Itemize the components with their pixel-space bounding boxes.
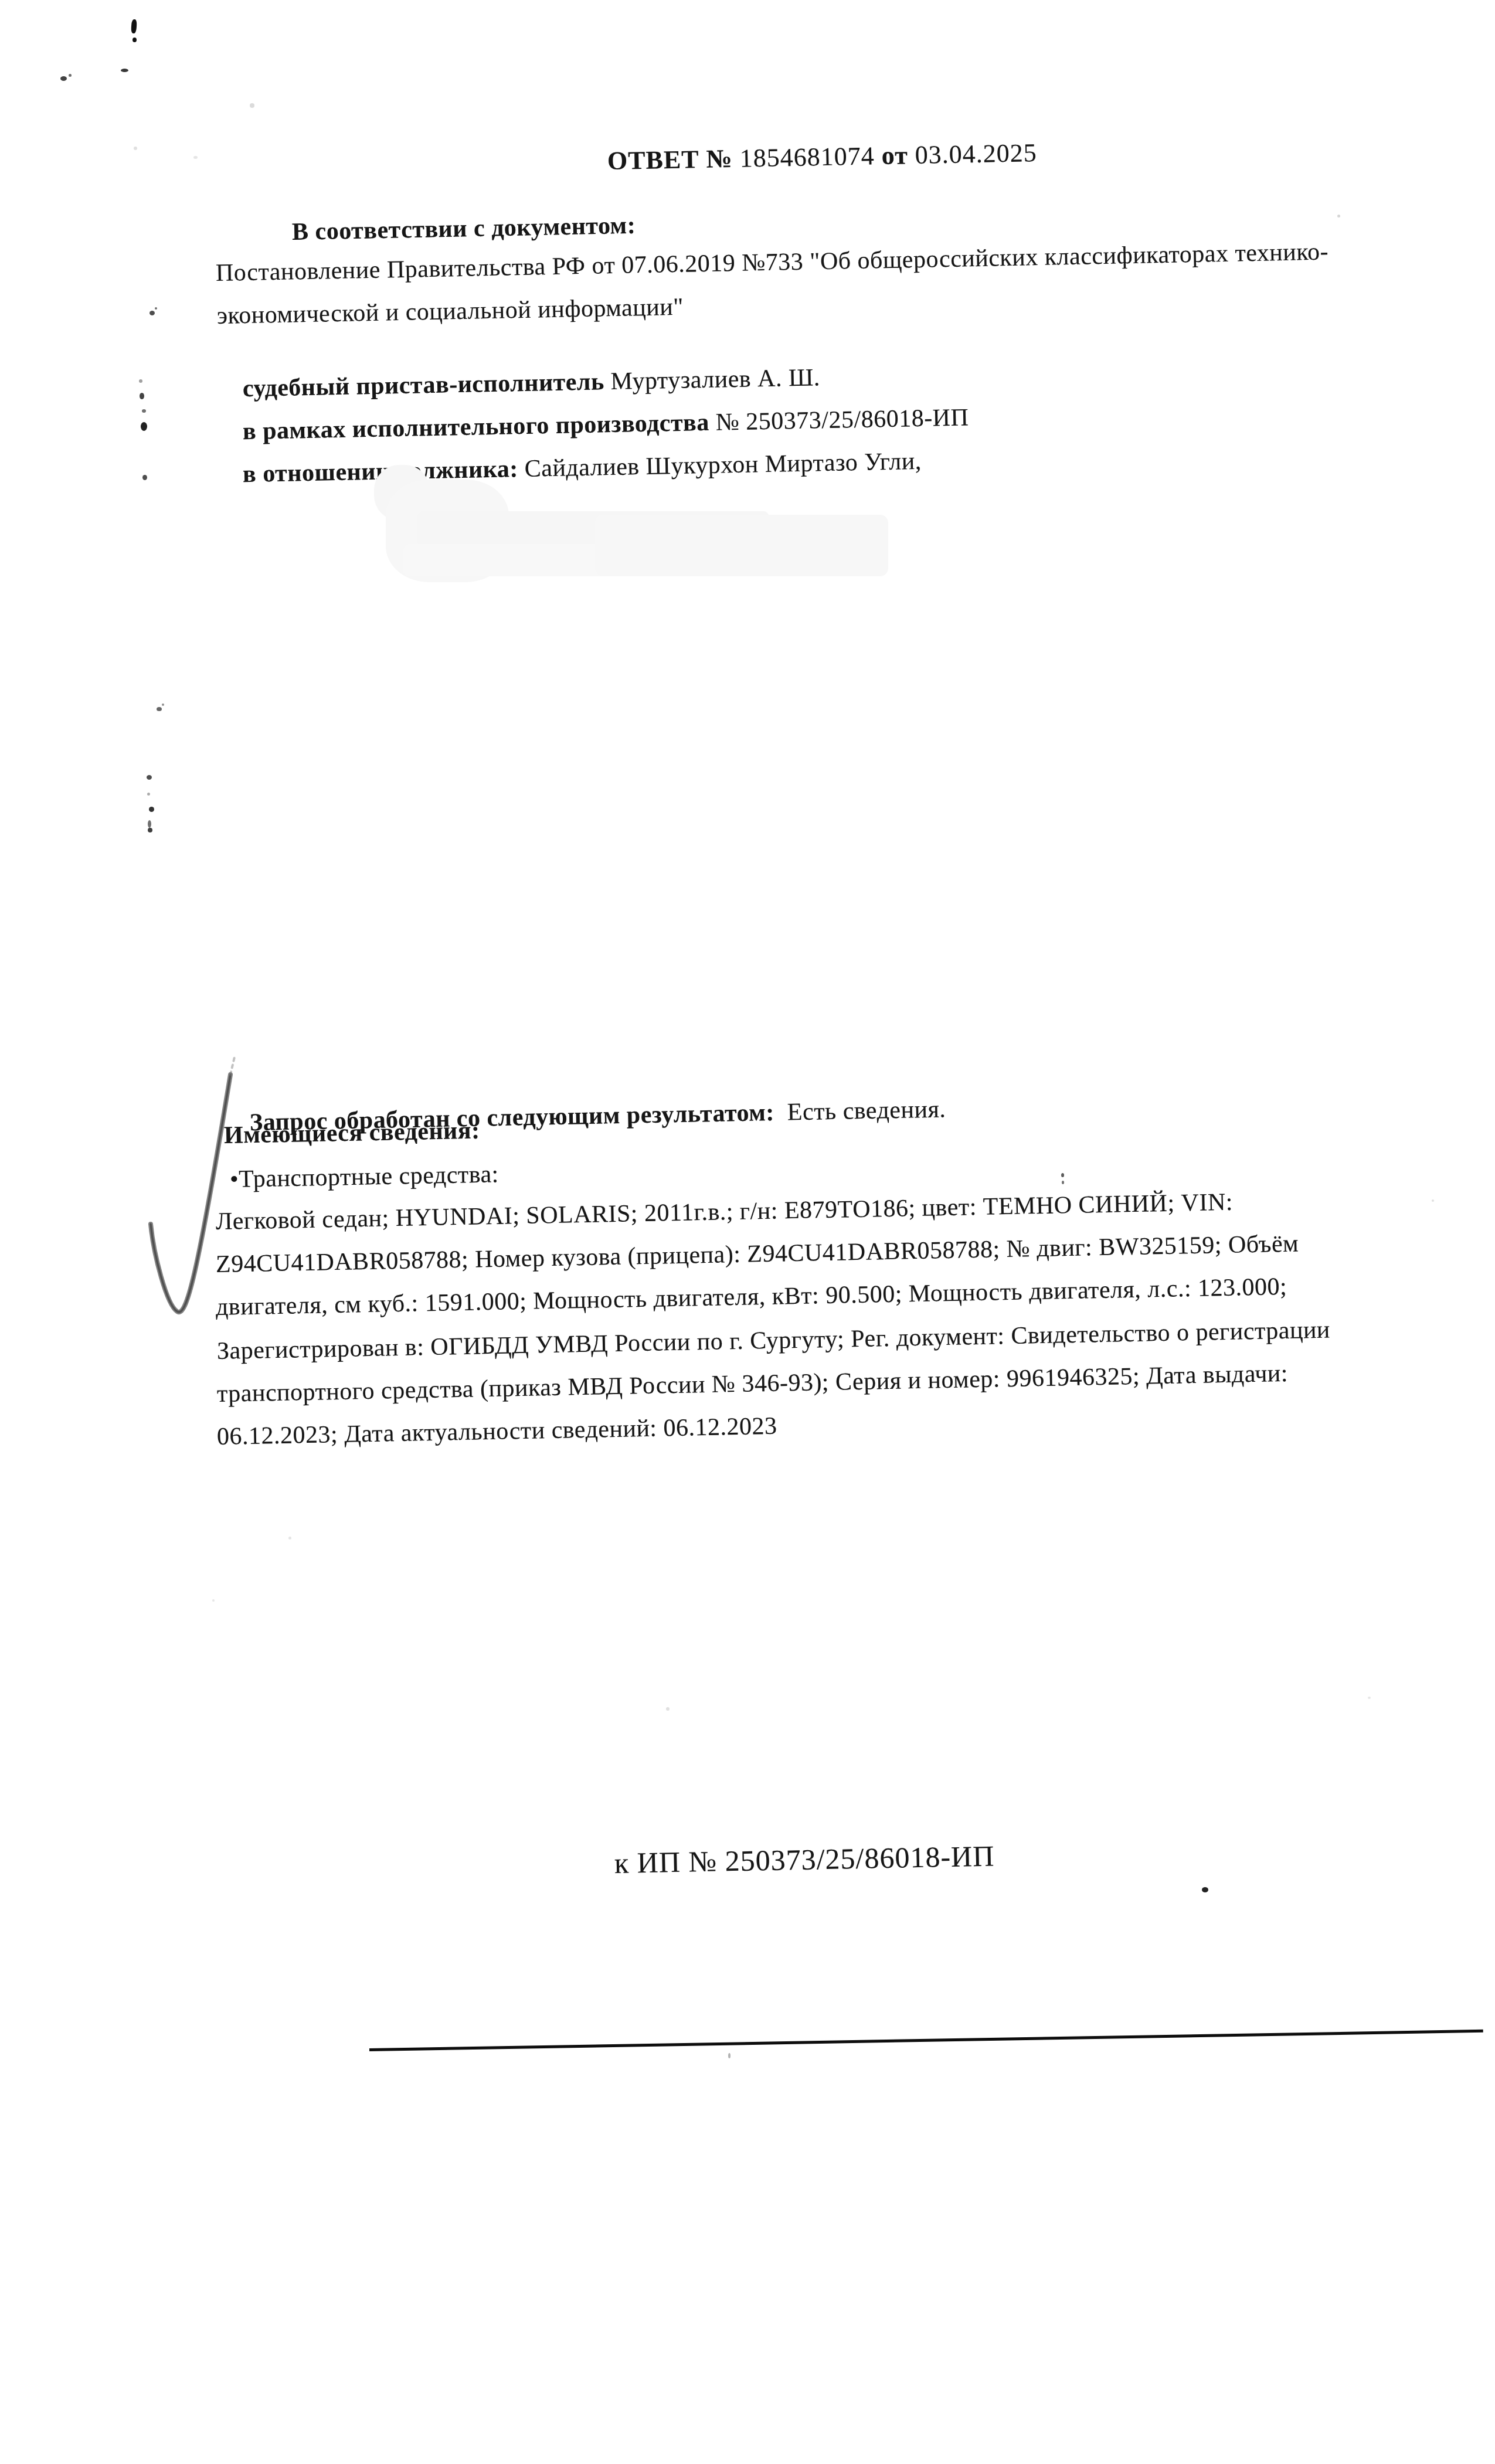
scan-speckle [162,703,164,706]
scan-speckle [148,828,152,832]
vehicle-info-line: Легковой седан; HYUNDAI; SOLARIS; 2011г.… [216,1187,1234,1237]
scan-speckle [140,393,144,399]
scan-speckle [132,38,137,42]
colon-speckle [1061,1173,1064,1177]
response-title: ОТВЕТ № 1854681074 от 03.04.2025 [579,107,1038,208]
colon-speckle [1062,1181,1064,1184]
scan-speckle [69,74,72,77]
scan-speckle [155,307,157,310]
signature-line [369,2030,1483,2051]
scan-speckle [157,707,162,711]
in-accordance-heading: В соответствии с документом: [292,210,636,247]
scan-speckle [1337,215,1340,217]
scan-speckle [149,807,154,812]
scan-speckle [134,147,137,150]
scan-speckle [141,422,147,431]
scan-speckle [212,1599,215,1602]
response-title-label: ОТВЕТ № [607,144,740,175]
scan-speckle [148,820,151,828]
scan-speckle [1368,1697,1371,1699]
ip-reference: к ИП № 250373/25/86018-ИП [614,1841,995,1878]
scan-speckle [60,76,67,81]
scan-speckle [121,69,128,72]
debtor-name: Сайдалиев Шукурхон Миртазо Угли, [524,448,922,482]
scan-speckle [666,1707,670,1711]
scan-speckle [142,409,146,413]
scan-speckle [288,1537,291,1539]
response-title-from: от [881,141,915,170]
scan-speckle [250,103,254,108]
request-result-value: Есть сведения. [787,1096,946,1126]
scan-speckle [147,775,152,780]
debtor-line: в отношении должника: Сайдалиев Шукурхон… [216,416,923,521]
vehicle-info-line: 06.12.2023; Дата актуальности сведений: … [217,1411,777,1452]
response-title-date: 03.04.2025 [915,138,1037,169]
vehicle-info-line: Зарегистрирован в: ОГИБДД УМВД России по… [217,1315,1331,1367]
handwritten-checkmark [141,1055,246,1331]
scanned-document-page: ОТВЕТ № 1854681074 от 03.04.2025 В соотв… [0,0,1495,2464]
scan-speckle [139,379,142,383]
document-reference-line-2: экономической и социальной информации" [217,292,684,331]
request-result-line: Запрос обработан со следующим результато… [223,1063,947,1169]
vehicle-info-line: транспортного средства (приказ МВД Росси… [217,1358,1289,1409]
response-title-number: 1854681074 [739,141,882,173]
scan-speckle [728,2053,730,2058]
vehicle-info-line: двигателя, см куб.: 1591.000; Мощность д… [216,1272,1287,1323]
scan-speckle [142,475,147,480]
vehicle-info-line: Z94CU41DABR058788; Номер кузова (прицепа… [216,1229,1299,1280]
scan-speckle [147,793,150,796]
exclamation-speckle [131,19,137,34]
available-info-heading: Имеющиеся сведения: [224,1116,481,1151]
vehicles-section-header: •Транспортные средства: [230,1159,500,1195]
scan-speckle [149,311,155,315]
scan-speckle [1202,1887,1208,1892]
scan-speckle [193,156,198,159]
scan-speckle [1432,1199,1434,1202]
